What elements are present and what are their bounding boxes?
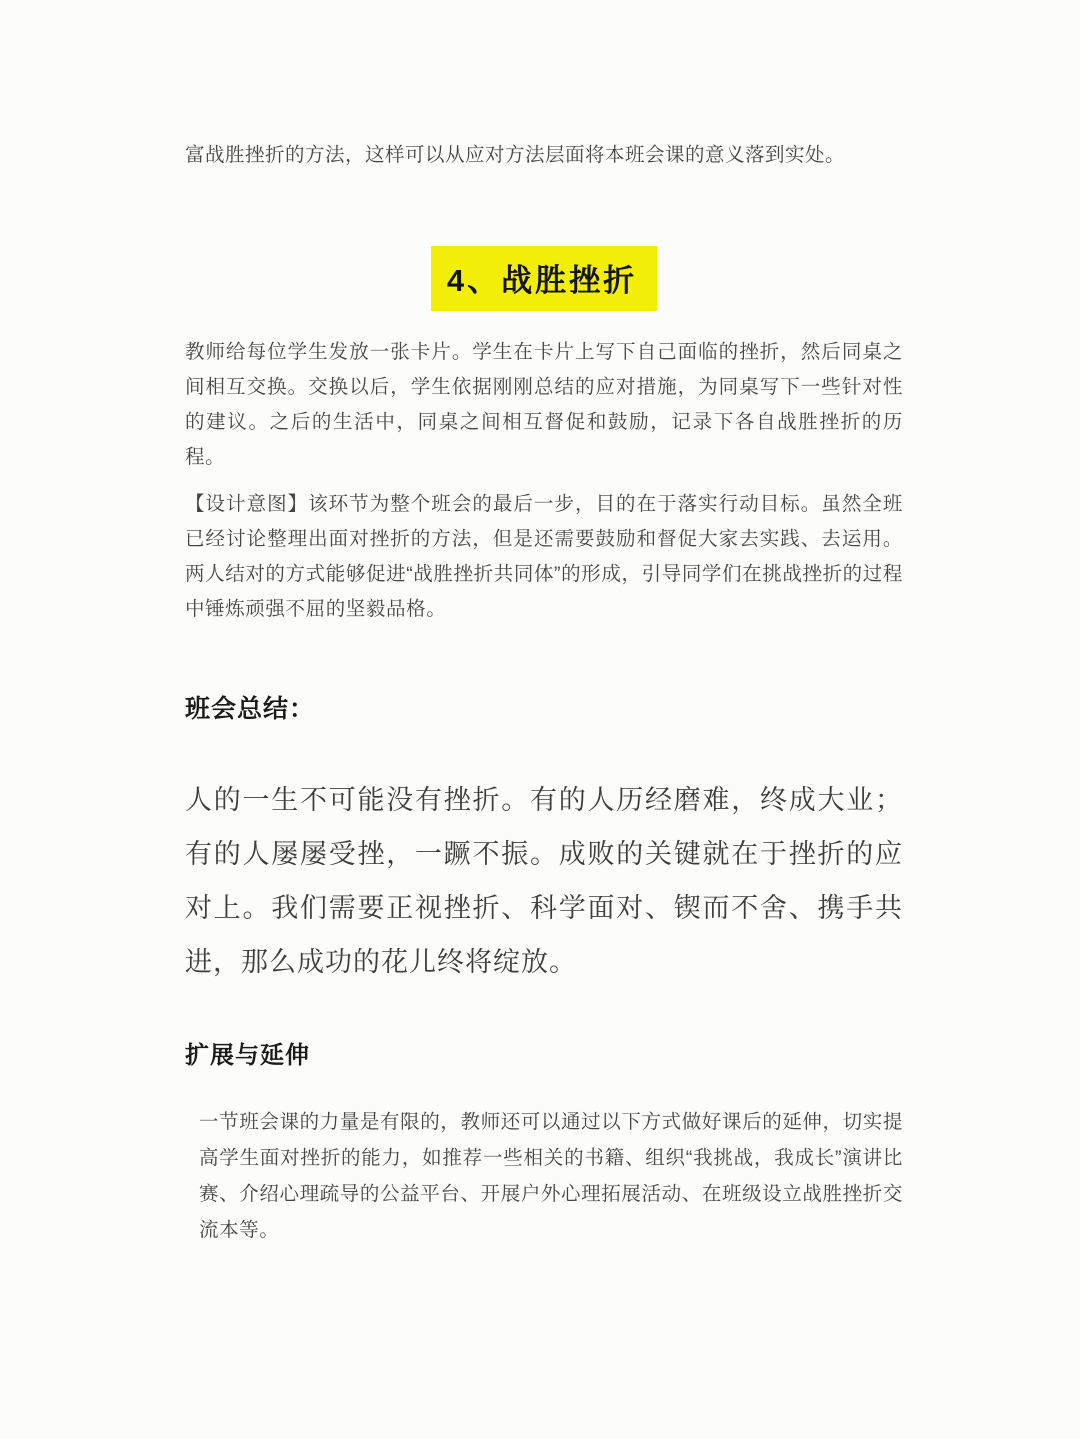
section-heading-container: 4、战胜挫折 (185, 246, 903, 311)
document-content: 富战胜挫折的方法，这样可以从应对方法层面将本班会课的意义落到实处。 4、战胜挫折… (185, 140, 903, 1248)
extension-heading: 扩展与延伸 (185, 1035, 903, 1070)
design-intent-paragraph: 【设计意图】该环节为整个班会的最后一步，目的在于落实行动目标。虽然全班已经讨论整… (185, 487, 903, 627)
summary-heading: 班会总结： (185, 689, 903, 725)
intro-line: 富战胜挫折的方法，这样可以从应对方法层面将本班会课的意义落到实处。 (185, 140, 903, 170)
activity-paragraph: 教师给每位学生发放一张卡片。学生在卡片上写下自己面临的挫折，然后同桌之间相互交换… (185, 335, 903, 475)
section-heading-highlighted: 4、战胜挫折 (431, 246, 657, 311)
extension-paragraph: 一节班会课的力量是有限的，教师还可以通过以下方式做好课后的延伸，切实提高学生面对… (185, 1104, 903, 1248)
summary-paragraph: 人的一生不可能没有挫折。有的人历经磨难，终成大业；有的人屡屡受挫，一蹶不振。成败… (185, 773, 903, 989)
document-page: 富战胜挫折的方法，这样可以从应对方法层面将本班会课的意义落到实处。 4、战胜挫折… (0, 0, 1080, 1439)
